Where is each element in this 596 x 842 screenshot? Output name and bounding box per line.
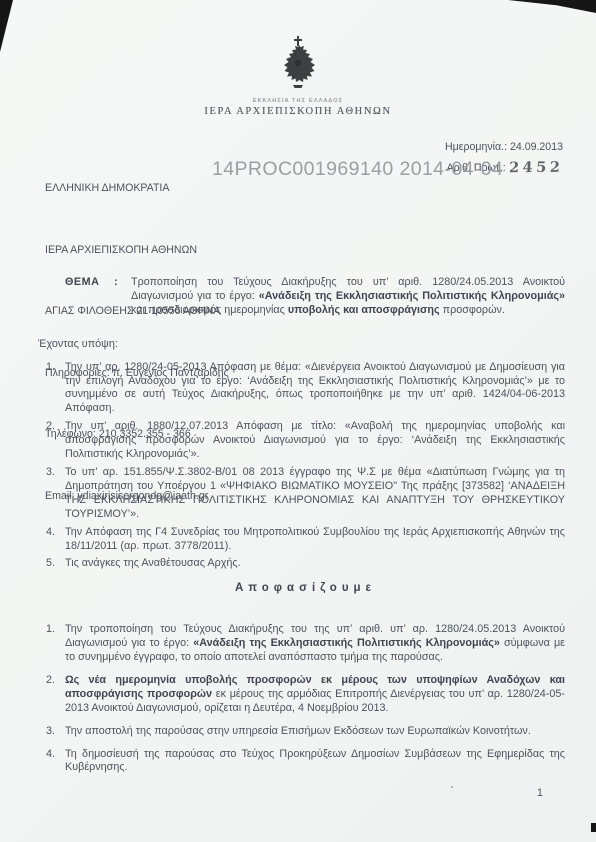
letterhead-small-caption: ΕΚΚΛΗΣΙΑ ΤΗΣ ΕΛΛΑΔΟΣ	[0, 98, 596, 104]
item-text: Την Απόφαση της Γ4 Συνεδρίας του Μητροπο…	[65, 526, 565, 554]
item-number: 1.	[46, 623, 65, 665]
consideration-item: 2. Την υπ’ αριθ. 1880/12.07.2013 Απόφαση…	[46, 420, 565, 462]
item-text: Την υπ’ αρ. 1280/24-05-2013 Απόφαση με θ…	[65, 361, 565, 417]
decision-item: 3. Την αποστολή της παρούσας στην υπηρεσ…	[46, 725, 565, 739]
document-body: ΘΕΜΑ : Τροποποίηση του Τεύχους Διακήρυξη…	[46, 276, 565, 784]
subject-separator: :	[114, 276, 131, 318]
consideration-item: 5. Τις ανάγκες της Αναθέτουσας Αρχής.	[46, 557, 565, 571]
considerations-list: 1. Την υπ’ αρ. 1280/24-05-2013 Απόφαση μ…	[46, 361, 565, 572]
page-number: 1	[537, 787, 543, 799]
considerations-intro: Έχοντας υπόψη:	[38, 338, 565, 352]
scan-speck	[451, 786, 453, 788]
item-text: Τη δημοσίευσή της παρούσας στο Τεύχος Πρ…	[65, 748, 565, 776]
item-number: 4.	[46, 526, 65, 554]
subject-block: ΘΕΜΑ : Τροποποίηση του Τεύχους Διακήρυξη…	[65, 276, 565, 318]
protocol-number-stamp: 2452	[508, 157, 563, 178]
decision-item: 4. Τη δημοσίευσή της παρούσας στο Τεύχος…	[46, 748, 565, 776]
item-number: 3.	[46, 725, 65, 739]
scan-artifact-top-right	[508, 0, 596, 13]
subject-text: Τροποποίηση του Τεύχους Διακήρυξης του υ…	[131, 276, 565, 318]
archdiocese-crest-icon	[275, 79, 321, 96]
consideration-item: 3. Το υπ’ αρ. 151.855/Ψ.Σ.3802-Β/01 08 2…	[46, 466, 565, 522]
scanned-document-page: ΕΚΚΛΗΣΙΑ ΤΗΣ ΕΛΛΑΔΟΣ ΙΕΡΑ ΑΡΧΙΕΠΙΣΚΟΠΗ Α…	[0, 0, 596, 842]
item-number: 4.	[46, 748, 65, 776]
item-text: Ως νέα ημερομηνία υποβολής προσφορών εκ …	[65, 674, 565, 716]
item-text: Την αποστολή της παρούσας στην υπηρεσία …	[65, 725, 565, 739]
letterhead: ΕΚΚΛΗΣΙΑ ΤΗΣ ΕΛΛΑΔΟΣ ΙΕΡΑ ΑΡΧΙΕΠΙΣΚΟΠΗ Α…	[0, 36, 596, 117]
procurement-registry-watermark: 14PROC001969140 2014-04-04	[212, 158, 503, 181]
item-text: Το υπ’ αρ. 151.855/Ψ.Σ.3802-Β/01 08 2013…	[65, 466, 565, 522]
item-text: Την υπ’ αριθ. 1880/12.07.2013 Απόφαση με…	[65, 420, 565, 462]
item-number: 2.	[46, 420, 65, 462]
decision-item: 1. Την τροποποίηση του Τεύχους Διακήρυξη…	[46, 623, 565, 665]
item-number: 3.	[46, 466, 65, 522]
scan-artifact-bottom-right	[591, 823, 596, 832]
consideration-item: 4. Την Απόφαση της Γ4 Συνεδρίας του Μητρ…	[46, 526, 565, 554]
letterhead-title: ΙΕΡΑ ΑΡΧΙΕΠΙΣΚΟΠΗ ΑΘΗΝΩΝ	[0, 106, 596, 117]
consideration-item: 1. Την υπ’ αρ. 1280/24-05-2013 Απόφαση μ…	[46, 361, 565, 417]
document-date: Ημερομηνία.: 24.09.2013	[445, 137, 563, 158]
sender-organization: ΙΕΡΑ ΑΡΧΙΕΠΙΣΚΟΠΗ ΑΘΗΝΩΝ	[45, 240, 229, 261]
decision-item: 2. Ως νέα ημερομηνία υποβολής προσφορών …	[46, 674, 565, 716]
decisions-list: 1. Την τροποποίηση του Τεύχους Διακήρυξη…	[46, 623, 565, 775]
item-text: Την τροποποίηση του Τεύχους Διακήρυξης τ…	[65, 623, 565, 665]
item-number: 5.	[46, 557, 65, 571]
decision-heading: Αποφασίζουμε	[46, 582, 565, 596]
sender-country: ΕΛΛΗΝΙΚΗ ΔΗΜΟΚΡΑΤΙΑ	[45, 178, 229, 199]
item-number: 1.	[46, 361, 65, 417]
subject-label: ΘΕΜΑ	[65, 276, 114, 318]
item-text: Τις ανάγκες της Αναθέτουσας Αρχής.	[65, 557, 565, 571]
item-number: 2.	[46, 674, 65, 716]
